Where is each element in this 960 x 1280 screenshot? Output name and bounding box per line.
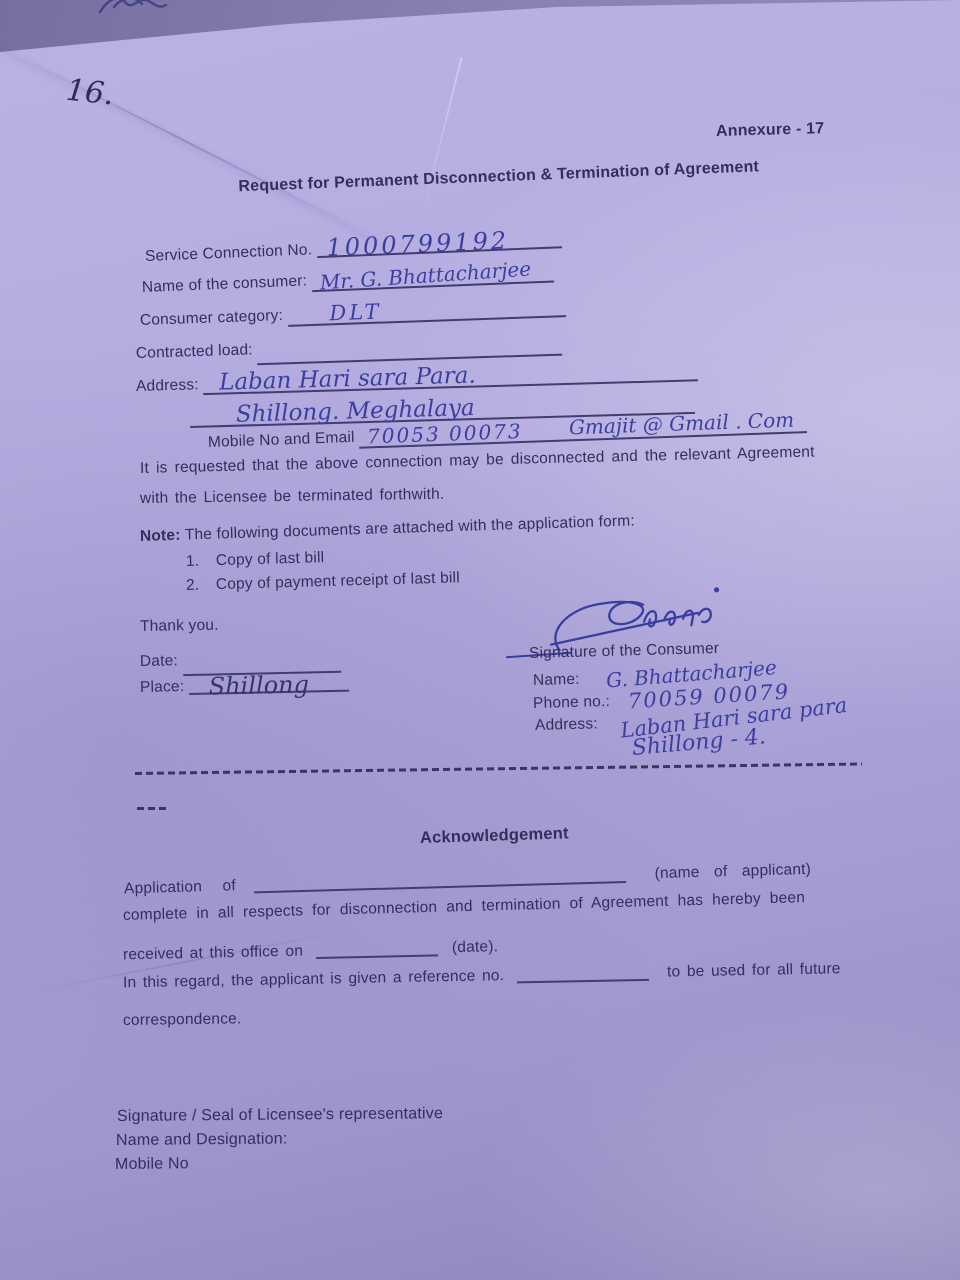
- field-place: Place: Shillong: [140, 672, 349, 697]
- field-label: Address:: [136, 376, 199, 395]
- field-label: Address:: [535, 715, 598, 734]
- handwritten-value: DLT: [287, 302, 382, 326]
- footer-licensee-signature: Signature / Seal of Licensee's represent…: [117, 1105, 443, 1126]
- ack-line3-suffix: (date).: [452, 939, 499, 957]
- field-label: Place:: [140, 678, 185, 696]
- handwritten-value: Shillong: [189, 672, 310, 699]
- ack-line5: correspondence.: [123, 1010, 242, 1030]
- top-edge-ink-scribble-icon: [96, 0, 174, 17]
- annexure-label: Annexure - 17: [716, 120, 825, 141]
- note-item-number: 2.: [186, 577, 200, 594]
- field-label: Phone no.:: [533, 693, 610, 712]
- ack-underline: [516, 961, 648, 984]
- thank-you-text: Thank you.: [140, 617, 219, 636]
- short-dashes: [137, 807, 167, 810]
- footer-name-designation: Name and Designation:: [116, 1131, 288, 1150]
- corner-page-mark: 16.: [65, 76, 116, 111]
- ack-line1-prefix: Application of: [124, 877, 236, 897]
- ack-line1-suffix: (name of applicant): [654, 861, 811, 882]
- paper-sheet: [0, 0, 960, 1280]
- footer-mobile: Mobile No: [115, 1155, 189, 1174]
- note-label: Note:: [140, 527, 181, 545]
- field-label: Name:: [533, 671, 580, 689]
- note-item-number: 1.: [186, 553, 200, 570]
- field-label: Date:: [140, 652, 178, 670]
- handwritten-value: 1000799192: [316, 228, 510, 260]
- note-item-text: Copy of last bill: [216, 549, 325, 569]
- field-label: Contracted load:: [136, 341, 253, 362]
- field-label: Consumer category:: [140, 307, 284, 329]
- ack-underline: [315, 936, 437, 959]
- note-item: 1. Copy of last bill: [186, 549, 325, 571]
- handwritten-email: Gmajit @ Gmail . Com: [569, 410, 795, 438]
- ack-line4-suffix: to be used for all future: [667, 961, 841, 981]
- ack-line3-prefix: received at this office on: [123, 943, 303, 964]
- handwritten-mobile: 70053 00073: [359, 421, 523, 447]
- field-underline: Shillong: [189, 672, 349, 696]
